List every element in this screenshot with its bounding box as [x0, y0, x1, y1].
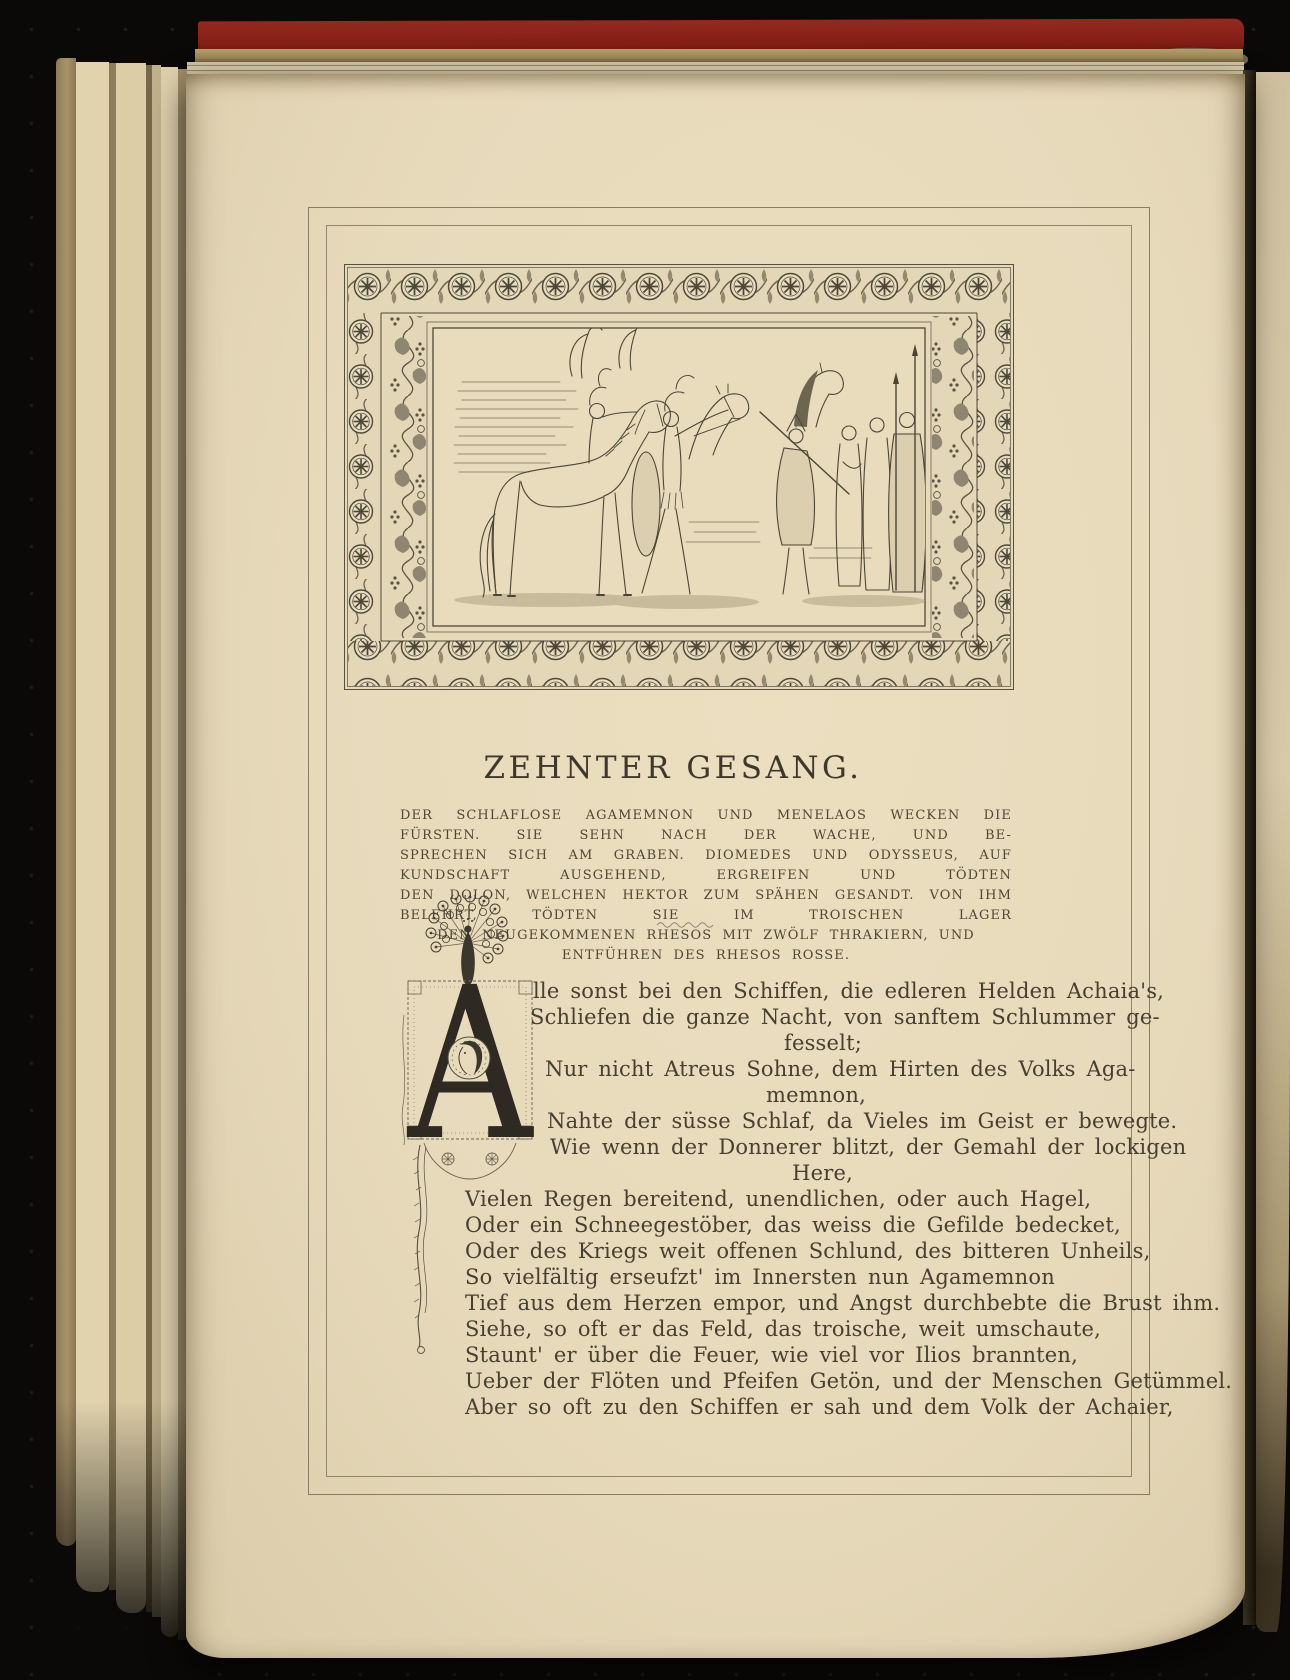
verse-line: memnon,	[433, 1082, 1023, 1108]
verse-line: fesselt;	[433, 1030, 1023, 1056]
rosette-band-top	[348, 268, 1010, 313]
verse-line: Aber so oft zu den Schiffen er sah und d…	[433, 1394, 1023, 1420]
verse-line: Vielen Regen bereitend, unendlichen, ode…	[433, 1186, 1023, 1212]
rosette-band-bottom	[348, 641, 1010, 686]
verse-line: lle sonst bei den Schiffen, die edleren …	[433, 978, 1023, 1004]
vine-band-right	[932, 316, 974, 638]
verse-line: Nahte der süsse Schlaf, da Vieles im Gei…	[433, 1108, 1023, 1134]
ground-shadow	[454, 593, 926, 609]
engraving-plate-svg	[344, 264, 1014, 690]
rosette-band-right	[977, 313, 1010, 641]
rosette-band-left	[348, 313, 381, 641]
verse-line: Wie wenn der Donnerer blitzt, der Gemahl…	[433, 1134, 1023, 1160]
verse-line: Here,	[433, 1160, 1023, 1186]
verse-block: lle sonst bei den Schiffen, die edleren …	[433, 978, 1023, 1420]
next-page-edge	[1256, 72, 1290, 1632]
page-stack-edge	[76, 62, 109, 1592]
verse-line: Oder des Kriegs weit offenen Schlund, de…	[433, 1238, 1023, 1264]
page-stack-shadow	[50, 1400, 195, 1680]
page-stack-edge	[116, 63, 146, 1613]
verse-line: So vielfältig erseufzt' im Innersten nun…	[433, 1264, 1023, 1290]
engraving-plate	[344, 264, 1014, 690]
summary-line: DER SCHLAFLOSE AGAMEMNON UND MENELAOS WE…	[400, 806, 1012, 846]
verse-line: Nur nicht Atreus Sohne, dem Hirten des V…	[433, 1056, 1023, 1082]
squiggle-divider	[656, 915, 714, 934]
summary-line: SPRECHEN SICH AM GRABEN. DIOMEDES UND OD…	[400, 846, 1012, 886]
verse-line: Oder ein Schneegestöber, das weiss die G…	[433, 1212, 1023, 1238]
book-page: ZEHNTER GESANG. DER SCHLAFLOSE AGAMEMNON…	[186, 74, 1245, 1658]
picture-frame	[433, 328, 925, 626]
page-stack-edge	[152, 65, 161, 1617]
page-stack-edge	[109, 63, 116, 1590]
verse-line: Siehe, so oft er das Feld, das troische,…	[433, 1316, 1023, 1342]
verse-line: Ueber der Flöten und Pfeifen Getön, und …	[433, 1368, 1023, 1394]
verse-line: Tief aus dem Herzen empor, und Angst dur…	[433, 1290, 1023, 1316]
scanned-book-photo: ZEHNTER GESANG. DER SCHLAFLOSE AGAMEMNON…	[0, 0, 1290, 1680]
chapter-title: ZEHNTER GESANG.	[373, 750, 973, 786]
verse-line: Schliefen die ganze Nacht, von sanftem S…	[433, 1004, 1023, 1030]
vine-band-left	[384, 316, 426, 638]
verse-line: Staunt' er über die Feuer, wie viel vor …	[433, 1342, 1023, 1368]
page-stack-edge	[56, 58, 76, 1546]
